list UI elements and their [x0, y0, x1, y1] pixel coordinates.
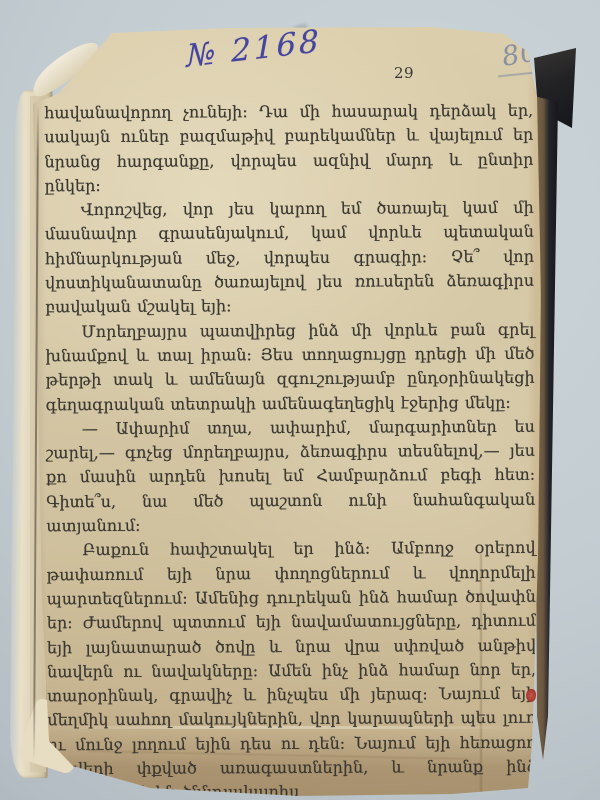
handwritten-stamp-number: № 2168	[186, 23, 322, 75]
page-body-text: հավանավորող չունեյի։ Դա մի հասարակ դերձա…	[44, 99, 537, 800]
paragraph-2: Վորոշվեց, վոր յես կարող եմ ծառայել կամ մ…	[45, 196, 535, 320]
printed-page-number: 29	[394, 64, 414, 82]
paragraph-1: հավանավորող չունեյի։ Դա մի հասարակ դերձա…	[44, 99, 534, 199]
paragraph-4: — Ափարիմ տղա, ափարիմ, մարգարիտներ ես շար…	[46, 415, 536, 539]
paragraph-3: Մորեղբայրս պատվիրեց ինձ մի վորևե բան գրե…	[45, 317, 535, 417]
paragraph-5: Բաքուն հափշտակել եր ինձ։ Ամբողջ օրերով թ…	[46, 536, 536, 800]
red-mark	[526, 689, 536, 702]
book-page: № 2168 80 29 հավանավորող չունեյի։ Դա մի …	[28, 26, 542, 798]
corner-pencil-number: 80	[500, 36, 541, 73]
photographed-book-page: № 2168 80 29 հավանավորող չունեյի։ Դա մի …	[0, 0, 600, 800]
